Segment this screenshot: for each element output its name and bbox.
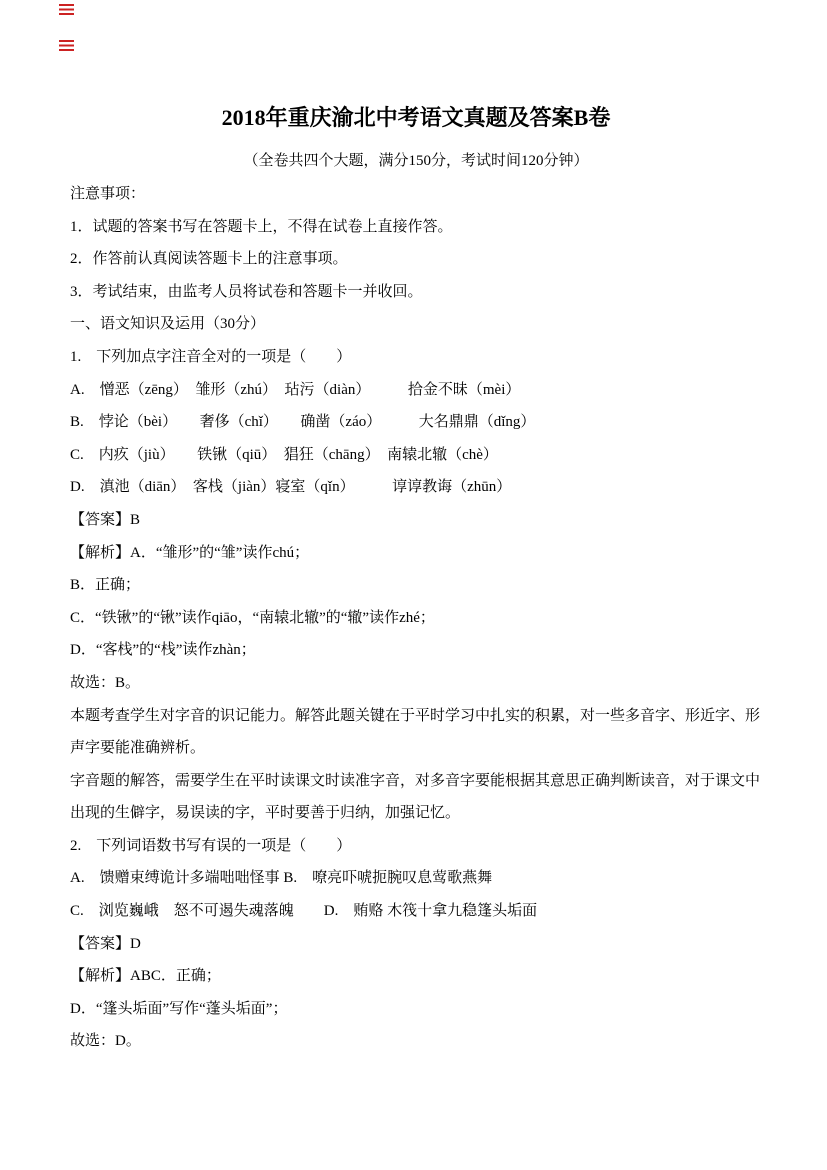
document-line: 2. 下列词语数书写有误的一项是（ ） [70,830,762,863]
page-subtitle: （全卷共四个大题，满分150分，考试时间120分钟） [70,150,762,172]
document-line: 【解析】A．“雏形”的“雏”读作chú； [70,537,762,570]
document-line: A. 馈赠束缚诡计多端咄咄怪事 B. 嘹亮吓唬扼腕叹息莺歌燕舞 [70,862,762,895]
document-line: D. 滇池（diān） 客栈（jiàn）寝室（qǐn） 谆谆教诲（zhūn） [70,471,762,504]
document-line: C. 内疚（jiù） 铁锹（qiū） 猖狂（chāng） 南辕北辙（chè） [70,439,762,472]
document-line: C. 浏览巍峨 怒不可遏失魂落魄 D. 贿赂 木筏十拿九稳篷头垢面 [70,895,762,928]
document-line: 3．考试结束，由监考人员将试卷和答题卡一并收回。 [70,276,762,309]
document-line: 1．试题的答案书写在答题卡上，不得在试卷上直接作答。 [70,211,762,244]
document-page: { "document": { "title": "2018年重庆渝北中考语文真… [0,0,827,1170]
document-line: D．“篷头垢面”写作“蓬头垢面”； [70,993,762,1026]
document-line: C．“铁锹”的“锹”读作qiāo，“南辕北辙”的“辙”读作zhé； [70,602,762,635]
document-line: 【解析】ABC．正确； [70,960,762,993]
document-line: 故选：D。 [70,1025,762,1058]
document-line: 2．作答前认真阅读答题卡上的注意事项。 [70,243,762,276]
document-line: 【答案】B [70,504,762,537]
document-line: 一、语文知识及运用（30分） [70,308,762,341]
document-line: 1. 下列加点字注音全对的一项是（ ） [70,341,762,374]
document-line: B．正确； [70,569,762,602]
document-line: 字音题的解答，需要学生在平时读课文时读准字音，对多音字要能根据其意思正确判断读音… [70,765,762,830]
document-lines: 注意事项：1．试题的答案书写在答题卡上，不得在试卷上直接作答。2．作答前认真阅读… [70,178,762,1058]
page-title: 2018年重庆渝北中考语文真题及答案B卷 [70,103,762,133]
document-line: 【答案】D [70,928,762,961]
document-body: 2018年重庆渝北中考语文真题及答案B卷 （全卷共四个大题，满分150分，考试时… [70,0,762,1058]
document-line: D．“客栈”的“栈”读作zhàn； [70,634,762,667]
document-line: A. 憎恶（zēng） 雏形（zhú） 玷污（diàn） 拾金不昧（mèi） [70,374,762,407]
document-line: 故选：B。 [70,667,762,700]
document-line: 本题考查学生对字音的识记能力。解答此题关键在于平时学习中扎实的积累，对一些多音字… [70,700,762,765]
document-line: B. 悖论（bèi） 奢侈（chǐ） 确凿（záo） 大名鼎鼎（dǐng） [70,406,762,439]
document-line: 注意事项： [70,178,762,211]
